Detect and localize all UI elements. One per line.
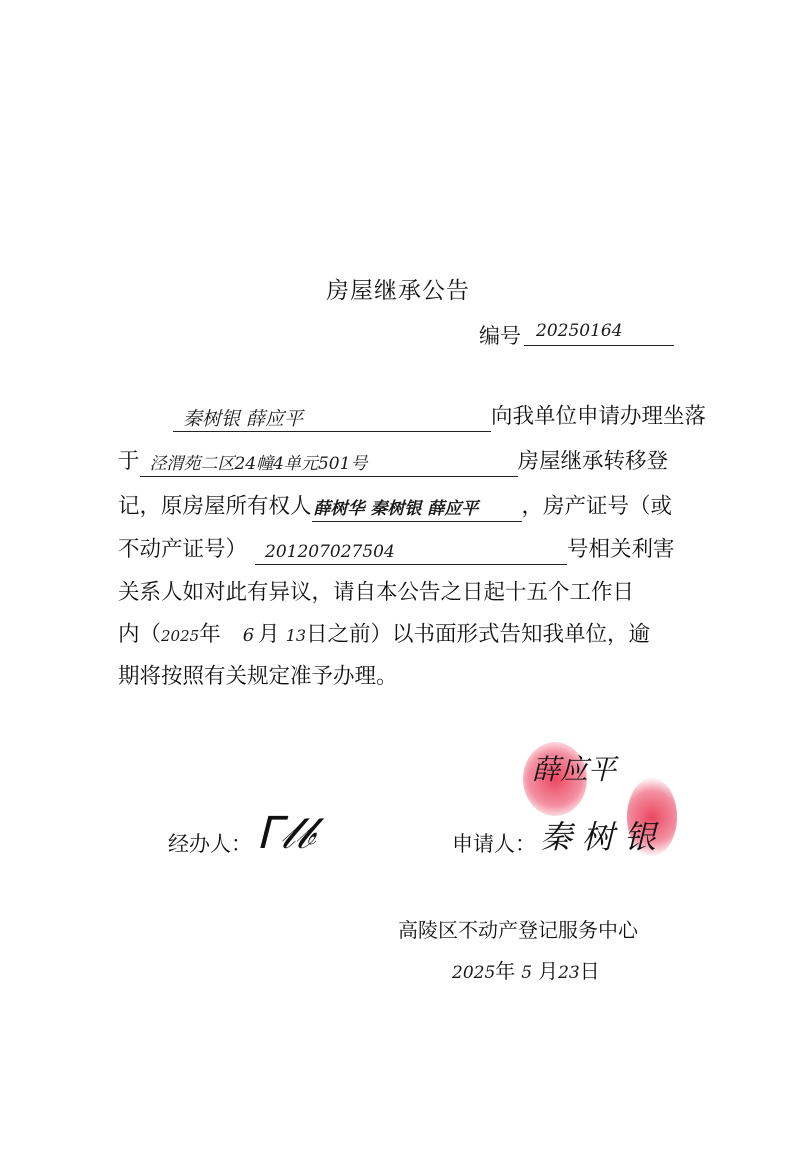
deadline-year: 2025 xyxy=(161,627,199,645)
deadline-year-unit: 年 xyxy=(199,622,221,647)
line2-suffix: 房屋继承转移登 xyxy=(518,449,669,474)
number-underline xyxy=(524,345,674,346)
certificate-number-field: 201207027504 xyxy=(255,538,567,565)
document-title: 房屋继承公告 xyxy=(326,272,470,305)
date-day-unit: 日 xyxy=(580,959,600,983)
applicant-signature-2: 薛应平 xyxy=(532,748,616,788)
certificate-number-value: 201207027504 xyxy=(265,542,395,562)
line4-prefix: 不动产证号） xyxy=(118,537,247,562)
date-month-unit: 月 xyxy=(538,959,558,983)
applicant-label: 申请人： xyxy=(452,828,536,858)
address-value: 泾渭苑二区24幢4单元501号 xyxy=(150,454,368,474)
line4-suffix: 号相关利害 xyxy=(567,537,675,562)
date-month: 5 xyxy=(521,963,532,983)
original-owners-field: 薛树华 秦树银 薛应平 xyxy=(312,495,522,522)
line6-suffix: 日之前）以书面形式告知我单位，逾 xyxy=(306,622,650,647)
deadline-day: 13 xyxy=(286,626,306,645)
deadline-month: 6 xyxy=(243,625,254,646)
date-year-unit: 年 xyxy=(495,959,515,983)
handler-label: 经办人： xyxy=(168,828,252,858)
issue-date: 2025年5月23日 xyxy=(452,955,600,984)
number-label: 编号 xyxy=(479,320,521,350)
original-owners-value: 薛树华 秦树银 薛应平 xyxy=(314,499,479,519)
body-line-5: 关系人如对此有异议，请自本公告之日起十五个工作日 xyxy=(118,578,634,608)
applicants-value: 秦树银 薛应平 xyxy=(183,409,303,429)
date-year: 2025 xyxy=(452,963,495,983)
body-line-7: 期将按照有关规定准予办理。 xyxy=(118,662,398,692)
applicant-signature-1: 秦树银 xyxy=(540,812,666,858)
body-line-1: 秦树银 薛应平 向我单位申请办理坐落 xyxy=(118,402,706,432)
line6-prefix: 内（ xyxy=(118,622,161,647)
body-line-6: 内（2025年6月13日之前）以书面形式告知我单位，逾 xyxy=(118,620,650,650)
line3-prefix: 记，原房屋所有权人 xyxy=(118,494,312,519)
applicants-field: 秦树银 薛应平 xyxy=(173,405,491,432)
address-field: 泾渭苑二区24幢4单元501号 xyxy=(140,450,518,477)
line1-text: 向我单位申请办理坐落 xyxy=(491,404,706,429)
line2-prefix: 于 xyxy=(118,449,140,474)
organization-name: 高陵区不动产登记服务中心 xyxy=(398,914,638,943)
body-line-4: 不动产证号） 201207027504 号相关利害 xyxy=(118,535,675,565)
date-day: 23 xyxy=(558,963,580,983)
number-value: 20250164 xyxy=(536,321,623,341)
body-line-3: 记，原房屋所有权人 薛树华 秦树银 薛应平 ，房产证号（或 xyxy=(118,492,672,522)
line3-suffix: ，房产证号（或 xyxy=(522,494,673,519)
body-line-2: 于 泾渭苑二区24幢4单元501号 房屋继承转移登 xyxy=(118,447,668,477)
deadline-month-unit: 月 xyxy=(258,622,280,647)
handler-signature: ᒥ𝓁𝒷 xyxy=(256,808,314,859)
